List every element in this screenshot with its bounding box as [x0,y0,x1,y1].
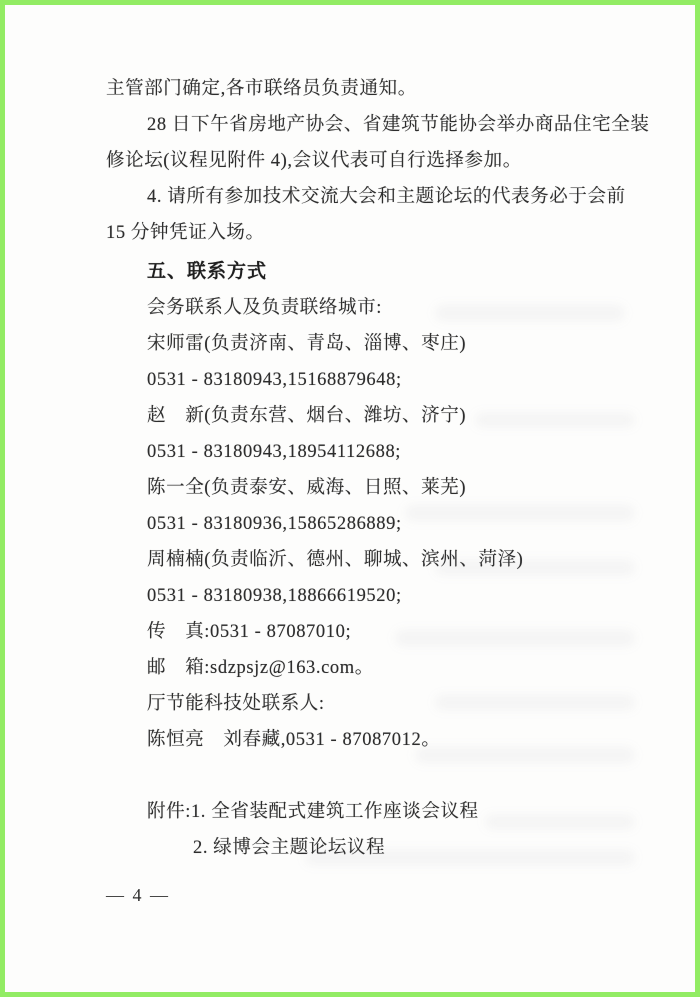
contact-intro-line: 会务联系人及负责联络城市: [106,290,654,326]
contact-person-line: 宋师雷(负责济南、青岛、淄博、枣庄) [106,326,654,362]
text-line: 4. 请所有参加技术交流大会和主题论坛的代表务必于会前 [106,179,654,215]
contact-phone-line: 0531 - 83180938,18866619520; [106,578,654,614]
contact-person-line: 赵 新(负责东营、烟台、潍坊、济宁) [106,398,654,434]
text-line: 28 日下午省房地产协会、省建筑节能协会举办商品住宅全装 [106,107,654,143]
page-number: — 4 — [106,877,170,913]
scanned-document-page: 主管部门确定,各市联络员负责通知。 28 日下午省房地产协会、省建筑节能协会举办… [0,0,700,997]
section-heading-contact-info: 五、联系方式 [106,254,654,290]
text-line: 修论坛(议程见附件 4),会议代表可自行选择参加。 [106,143,654,179]
text-line: 主管部门确定,各市联络员负责通知。 [106,71,654,107]
document-body: 主管部门确定,各市联络员负责通知。 28 日下午省房地产协会、省建筑节能协会举办… [106,71,654,866]
text-line: 15 分钟凭证入场。 [106,215,654,251]
contact-phone-line: 0531 - 83180936,15865286889; [106,506,654,542]
fax-line: 传 真:0531 - 87087010; [106,614,654,650]
contact-phone-line: 0531 - 83180943,15168879648; [106,362,654,398]
dept-contact-intro-line: 厅节能科技处联系人: [106,686,654,722]
attachment-line-2: 2. 绿博会主题论坛议程 [106,830,654,866]
contact-person-line: 陈一全(负责泰安、威海、日照、莱芜) [106,470,654,506]
email-line: 邮 箱:sdzpsjz@163.com。 [106,650,654,686]
contact-phone-line: 0531 - 83180943,18954112688; [106,434,654,470]
attachment-line-1: 附件:1. 全省装配式建筑工作座谈会议程 [106,794,654,830]
dept-contact-line: 陈恒亮 刘春藏,0531 - 87087012。 [106,722,654,758]
contact-person-line: 周楠楠(负责临沂、德州、聊城、滨州、菏泽) [106,542,654,578]
